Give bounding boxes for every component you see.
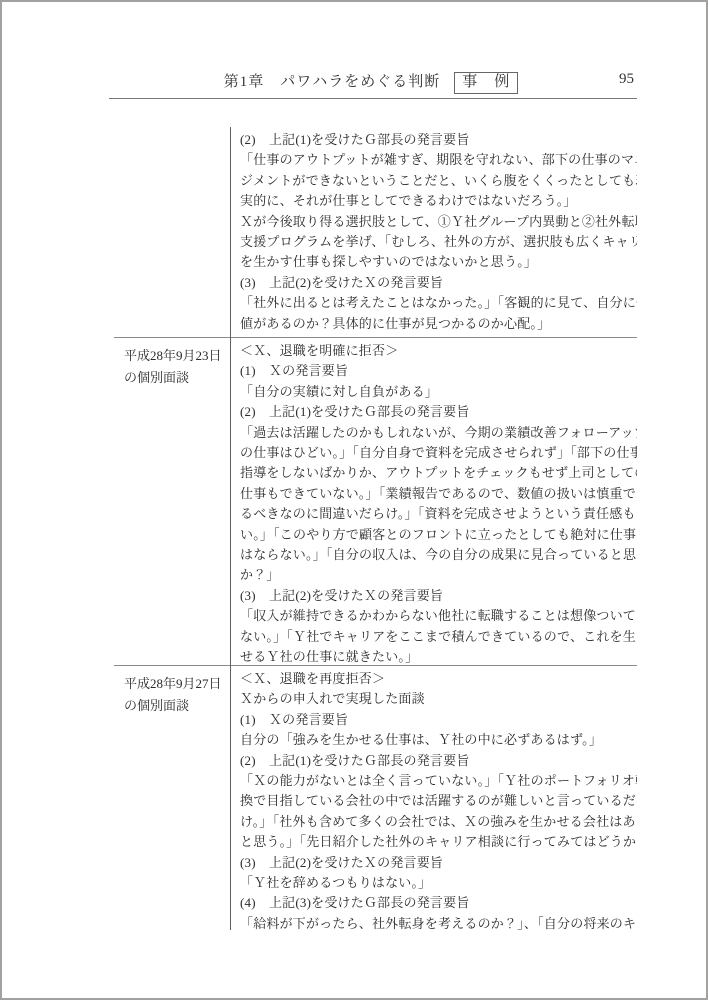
content-line: 「仕事のアウトプットが雑すぎ、期限を守れない、部下の仕事のマネ [240,150,635,170]
date-line: 平成28年9月23日 [124,345,229,367]
content-line: Ｘからの申入れで実現した面談 [240,689,635,709]
content-line: (3) 上記(2)を受けたＸの発言要旨 [240,853,635,873]
table-row: 平成28年9月27日の個別面談＜Ｘ、退職を再度拒否＞Ｘからの申入れで実現した面談… [114,665,637,930]
content-line: ＜Ｘ、退職を明確に拒否＞ [240,341,635,361]
content-line: 「収入が維持できるかわからない他社に転職することは想像ついてい [240,606,635,626]
content-line: (4) 上記(3)を受けたＧ部長の発言要旨 [240,893,635,913]
content-line: 実的に、それが仕事としてできるわけではないだろう。」 [240,191,635,211]
table-row: 平成28年9月23日の個別面談＜Ｘ、退職を明確に拒否＞(1) Ｘの発言要旨「自分… [114,337,637,665]
content-line: (3) 上記(2)を受けたＸの発言要旨 [240,273,635,293]
date-cell [114,127,231,337]
content-line: 自分の「強みを生かせる仕事は、Ｙ社の中に必ずあるはず。」 [240,730,635,750]
running-head-center: 第1章 パワハラをめぐる判断事 例 [2,70,706,94]
date-line: 平成28年9月27日 [124,673,229,695]
content-line: 「給料が下がったら、社外転身を考えるのか？」、「自分の将来のキャ [240,914,635,930]
table-row: (2) 上記(1)を受けたＧ部長の発言要旨「仕事のアウトプットが雑すぎ、期限を守… [114,127,637,337]
content-line: 「Ｙ社を辞めるつもりはない。」 [240,873,635,893]
running-head: 第1章 パワハラをめぐる判断事 例 95 [2,70,706,94]
content-line: ない。」「Ｙ社でキャリアをここまで積んできているので、これを生か [240,627,635,647]
chapter-title: 第1章 パワハラをめぐる判断 [224,74,441,90]
content-line: (2) 上記(1)を受けたＧ部長の発言要旨 [240,751,635,771]
content-line: 換で目指している会社の中では活躍するのが難しいと言っているだ [240,791,635,811]
book-page: 第1章 パワハラをめぐる判断事 例 95 (2) 上記(1)を受けたＧ部長の発言… [0,0,708,1000]
content-line: はならない。」「自分の収入は、今の自分の成果に見合っていると思う [240,545,635,565]
table-rows: (2) 上記(1)を受けたＧ部長の発言要旨「仕事のアウトプットが雑すぎ、期限を守… [114,127,637,930]
header-rule [109,98,637,99]
content-line: るべきなのに間違いだらけ。」「資料を完成させようという責任感もな [240,504,635,524]
column-divider-line [230,127,231,930]
content-line: か？」 [240,565,635,585]
content-line: 値があるのか？具体的に仕事が見つかるのか心配。」 [240,314,635,334]
date-cell: 平成28年9月27日の個別面談 [114,666,231,930]
content-line: (1) Ｘの発言要旨 [240,710,635,730]
content-line: 「Ｘの能力がないとは全く言っていない。」「Ｙ社のポートフォリオ転 [240,771,635,791]
content-line: 「過去は活躍したのかもしれないが、今期の業績改善フォローアップ [240,423,635,443]
page-number: 95 [619,71,634,88]
content-line: と思う。」「先日紹介した社外のキャリア相談に行ってみてはどうか？」 [240,832,635,852]
content-line: (2) 上記(1)を受けたＧ部長の発言要旨 [240,402,635,422]
content-line: の仕事はひどい。」「自分自身で資料を完成させられず」「部下の仕事の [240,443,635,463]
content-cell: (2) 上記(1)を受けたＧ部長の発言要旨「仕事のアウトプットが雑すぎ、期限を守… [231,127,637,337]
content-line: い。」「このやり方で顧客とのフロントに立ったとしても絶対に仕事に [240,525,635,545]
content-line: け。」「社外も含めて多くの会社では、Ｘの強みを生かせる会社はある [240,812,635,832]
interview-table: (2) 上記(1)を受けたＧ部長の発言要旨「仕事のアウトプットが雑すぎ、期限を守… [114,127,637,930]
content-line: 「自分の実績に対し自負がある」 [240,382,635,402]
content-line: ＜Ｘ、退職を再度拒否＞ [240,669,635,689]
content-line: 指導をしないばかりか、アウトプットをチェックもせず上司としての [240,463,635,483]
content-line: 「社外に出るとは考えたことはなかった。」「客観的に見て、自分に価 [240,293,635,313]
content-line: 仕事もできていない。」「業績報告であるので、数値の扱いは慎重であ [240,484,635,504]
date-line: の個別面談 [124,695,229,717]
content-line: (1) Ｘの発言要旨 [240,361,635,381]
date-line: の個別面談 [124,367,229,389]
content-line: せるＹ社の仕事に就きたい。」 [240,647,635,665]
content-cell: ＜Ｘ、退職を明確に拒否＞(1) Ｘの発言要旨「自分の実績に対し自負がある」(2)… [231,338,637,665]
date-cell: 平成28年9月23日の個別面談 [114,338,231,665]
content-line: (3) 上記(2)を受けたＸの発言要旨 [240,586,635,606]
content-line: (2) 上記(1)を受けたＧ部長の発言要旨 [240,130,635,150]
content-line: 支援プログラムを挙げ、「むしろ、社外の方が、選択肢も広くキャリア [240,232,635,252]
content-line: ジメントができないということだと、いくら腹をくくったとしても現 [240,171,635,191]
content-line: Ｘが今後取り得る選択肢として、①Ｙ社グループ内異動と②社外転職 [240,212,635,232]
content-line: を生かす仕事も探しやすいのではないかと思う。」 [240,252,635,272]
content-cell: ＜Ｘ、退職を再度拒否＞Ｘからの申入れで実現した面談(1) Ｘの発言要旨自分の「強… [231,666,637,930]
case-badge: 事 例 [454,72,518,94]
